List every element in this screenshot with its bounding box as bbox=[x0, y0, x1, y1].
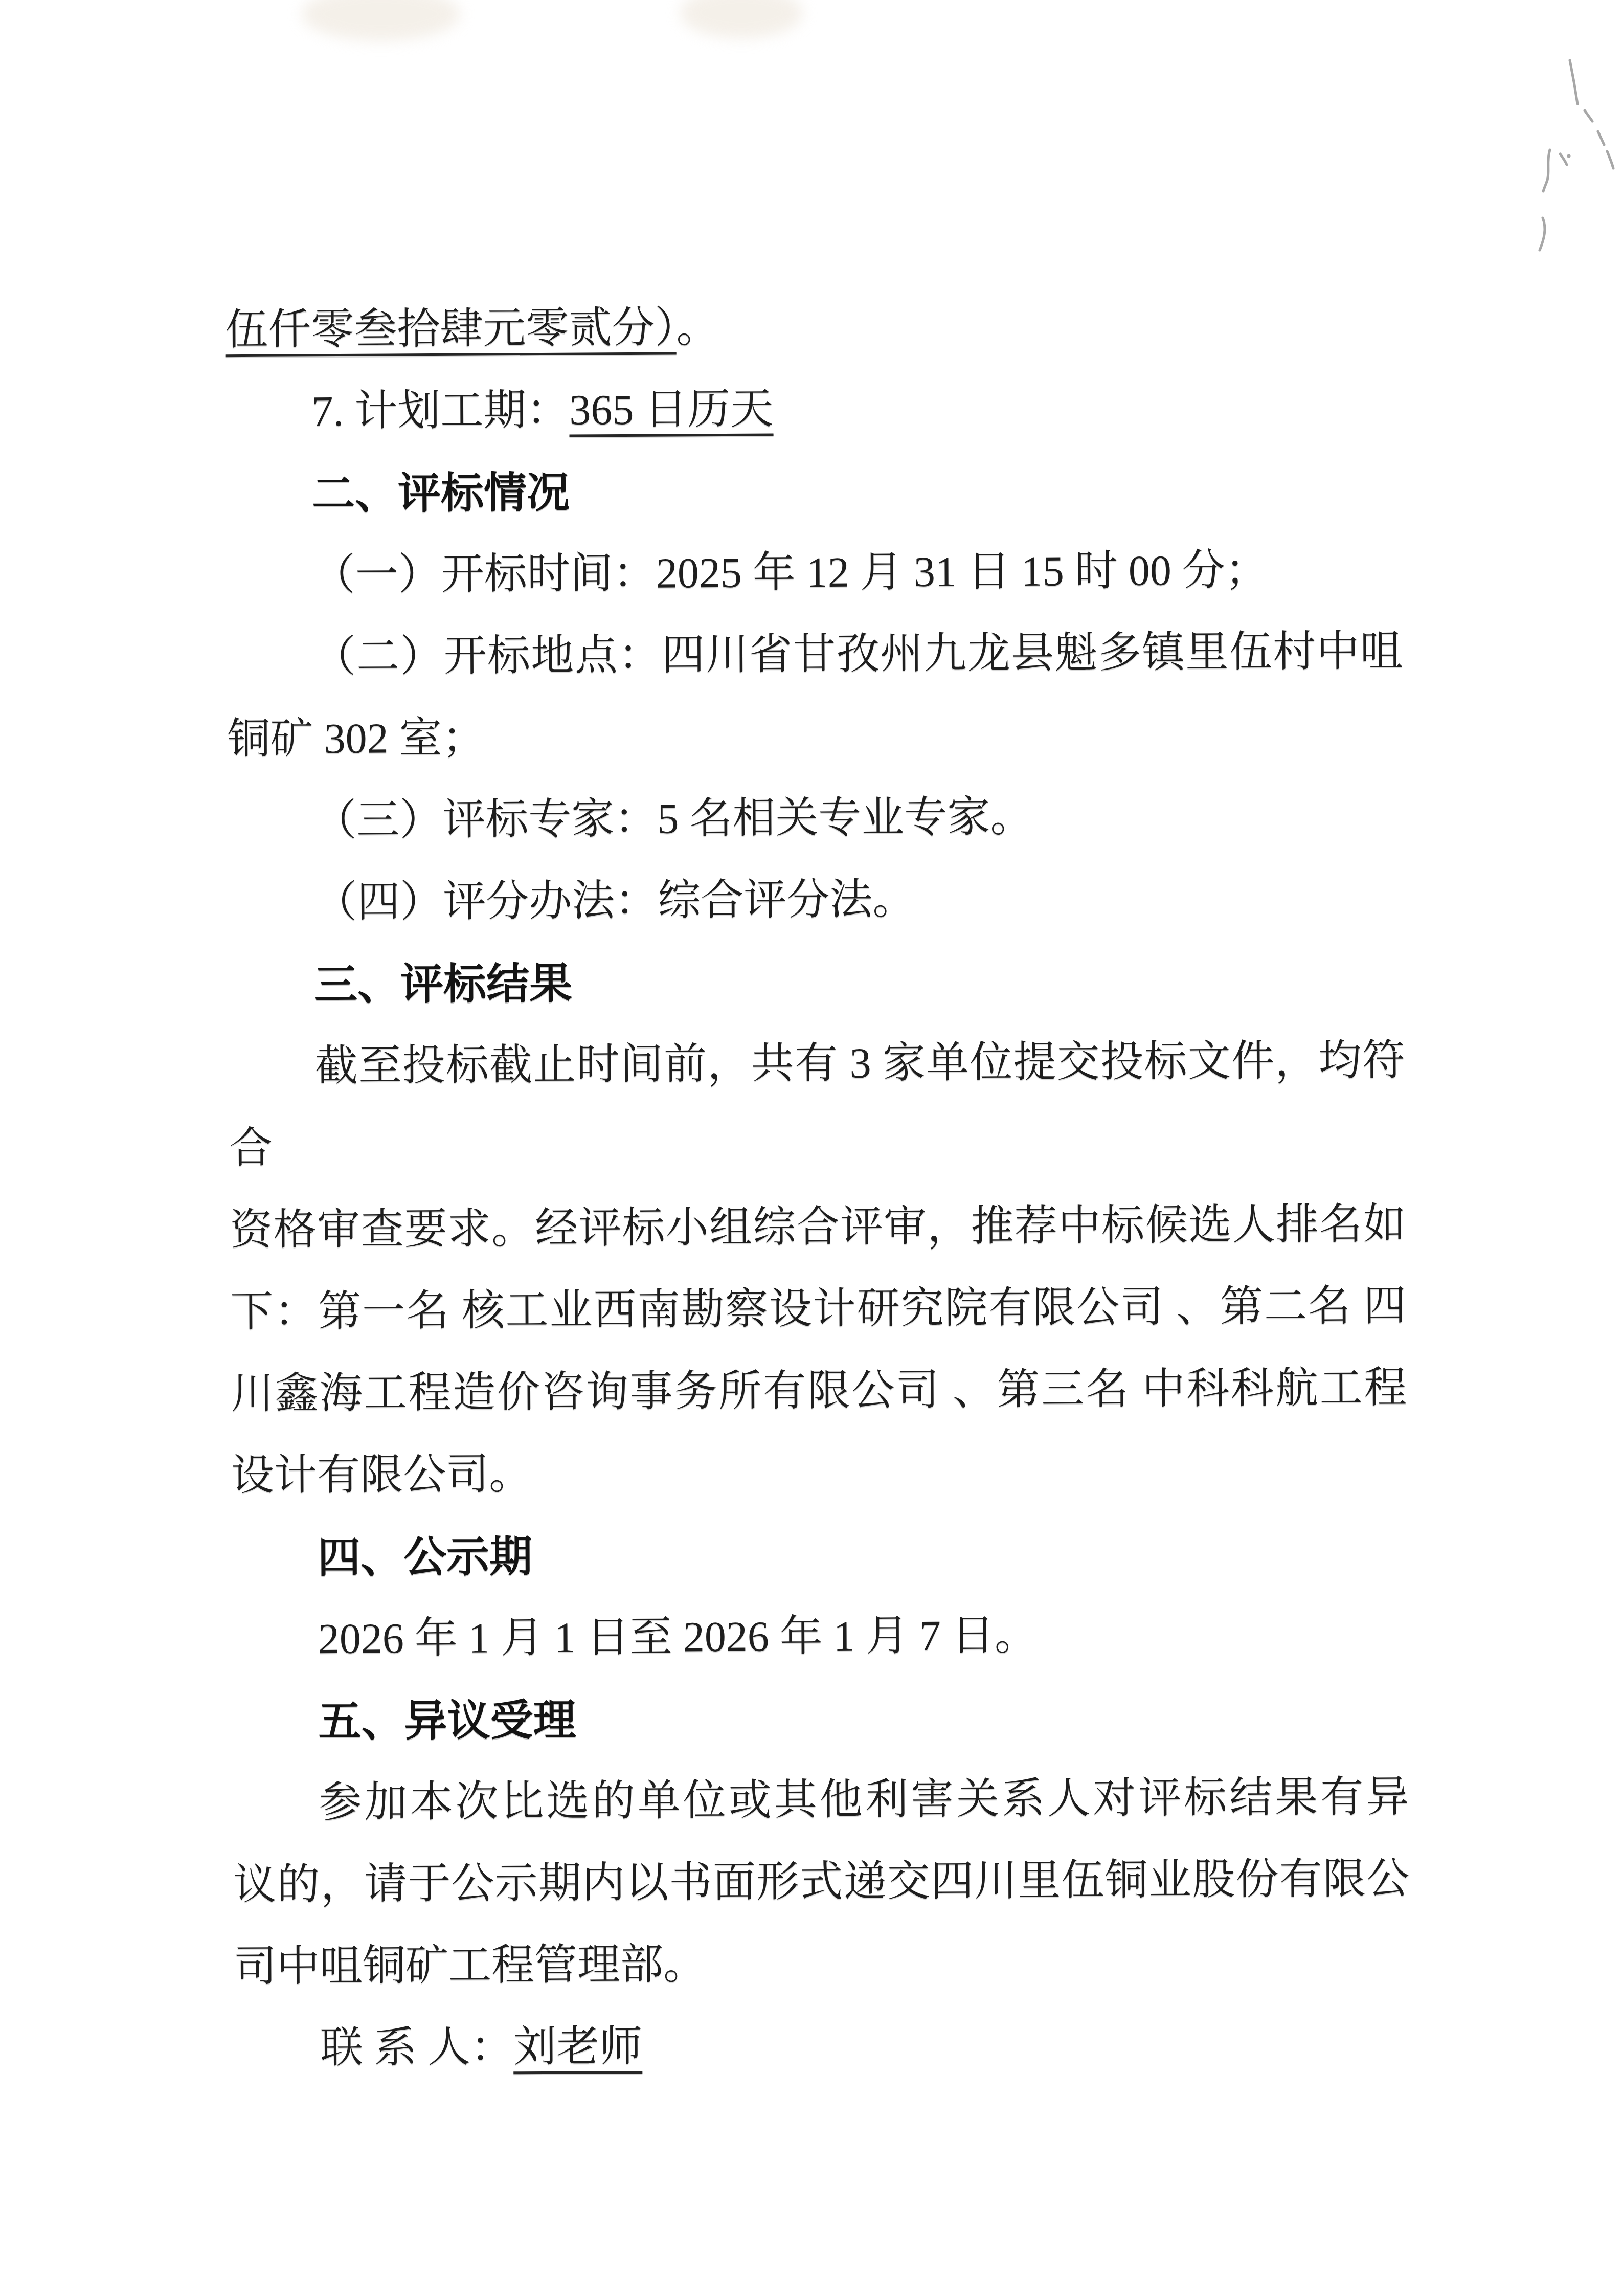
text-segment: 资格审查要求。经评标小组综合评审，推荐中标候选人排名如 bbox=[230, 1200, 1406, 1254]
text-segment: 司中咀铜矿工程管理部。 bbox=[234, 1941, 706, 1991]
text-segment: 川鑫海工程造价咨询事务所有限公司 、第三名 中科科航工程 bbox=[231, 1364, 1407, 1418]
section-heading: 二、评标情况 bbox=[226, 447, 1403, 535]
underlined-text: 伍仟零叁拾肆元零贰分） bbox=[225, 304, 676, 354]
section-heading: 四、公示期 bbox=[232, 1511, 1408, 1599]
text-segment: 下：第一名 核工业西南勘察设计研究院有限公司 、第二名 四 bbox=[230, 1282, 1406, 1336]
text-segment: 7. 计划工期： bbox=[311, 387, 569, 436]
text-line: 下：第一名 核工业西南勘察设计研究院有限公司 、第二名 四 bbox=[230, 1265, 1407, 1353]
text-line: 截至投标截止时间前，共有 3 家单位提交投标文件，均符合 bbox=[229, 1020, 1406, 1190]
text-segment: 参加本次比选的单位或其他利害关系人对评标结果有异 bbox=[319, 1773, 1409, 1826]
text-segment: 五、异议受理 bbox=[318, 1696, 576, 1746]
text-line: 7. 计划工期：365 日历天 bbox=[226, 365, 1402, 453]
text-line: 参加本次比选的单位或其他利害关系人对评标结果有异 bbox=[233, 1756, 1409, 1844]
text-segment: （三）评标专家：5 名相关专业专家。 bbox=[313, 793, 1033, 844]
text-line: 设计有限公司。 bbox=[231, 1429, 1408, 1517]
text-line: 伍仟零叁拾肆元零贰分）。 bbox=[225, 283, 1402, 371]
text-line: 议的，请于公示期内以书面形式递交四川里伍铜业股份有限公 bbox=[233, 1838, 1410, 1926]
text-segment: 联 系 人： bbox=[320, 2023, 513, 2072]
section-heading: 五、异议受理 bbox=[232, 1675, 1409, 1763]
text-line: 川鑫海工程造价咨询事务所有限公司 、第三名 中科科航工程 bbox=[231, 1347, 1407, 1435]
text-segment: 2026 年 1 月 1 日至 2026 年 1 月 7 日。 bbox=[318, 1612, 1038, 1663]
text-segment: （四）评分办法：综合评分法。 bbox=[314, 876, 915, 926]
underlined-text: 刘老师 bbox=[513, 2023, 642, 2071]
text-line: （三）评标专家：5 名相关专业专家。 bbox=[228, 774, 1404, 862]
text-line: 司中咀铜矿工程管理部。 bbox=[234, 1920, 1410, 2008]
document-content: 伍仟零叁拾肆元零贰分）。7. 计划工期：365 日历天二、评标情况（一）开标时间… bbox=[225, 283, 1410, 2090]
text-line: 资格审查要求。经评标小组综合评审，推荐中标候选人排名如 bbox=[230, 1184, 1406, 1272]
text-segment: （一）开标时间：2025 年 12 月 31 日 15 时 00 分； bbox=[312, 546, 1268, 599]
crease-group bbox=[1540, 60, 1613, 250]
text-segment: 二、评标情况 bbox=[312, 469, 570, 518]
text-segment: 设计有限公司。 bbox=[231, 1451, 532, 1500]
text-segment: 截至投标截止时间前，共有 3 家单位提交投标文件，均符合 bbox=[230, 1037, 1406, 1172]
scan-smudge-top-left bbox=[302, 0, 460, 41]
text-line: 铜矿 302 室； bbox=[227, 693, 1404, 781]
text-segment: 三、评标结果 bbox=[314, 960, 573, 1009]
text-line: （一）开标时间：2025 年 12 月 31 日 15 时 00 分； bbox=[227, 529, 1403, 617]
text-line: 联 系 人：刘老师 bbox=[234, 2002, 1411, 2090]
text-segment: 四、公示期 bbox=[318, 1532, 533, 1581]
underlined-text: 365 日历天 bbox=[569, 386, 773, 434]
text-segment: 议的，请于公示期内以书面形式递交四川里伍铜业股份有限公 bbox=[233, 1855, 1409, 1909]
text-segment: （二）开标地点：四川省甘孜州九龙县魁多镇里伍村中咀 bbox=[313, 628, 1403, 681]
text-segment: 。 bbox=[676, 304, 719, 351]
text-line: （四）评分办法：综合评分法。 bbox=[228, 856, 1405, 944]
text-line: 2026 年 1 月 1 日至 2026 年 1 月 7 日。 bbox=[232, 1593, 1408, 1681]
section-heading: 三、评标结果 bbox=[229, 938, 1405, 1026]
document-page: 伍仟零叁拾肆元零贰分）。7. 计划工期：365 日历天二、评标情况（一）开标时间… bbox=[0, 0, 1623, 2296]
text-segment: 铜矿 302 室； bbox=[227, 714, 485, 763]
text-line: （二）开标地点：四川省甘孜州九龙县魁多镇里伍村中咀 bbox=[227, 611, 1403, 699]
scan-smudge-top-center bbox=[680, 0, 803, 38]
